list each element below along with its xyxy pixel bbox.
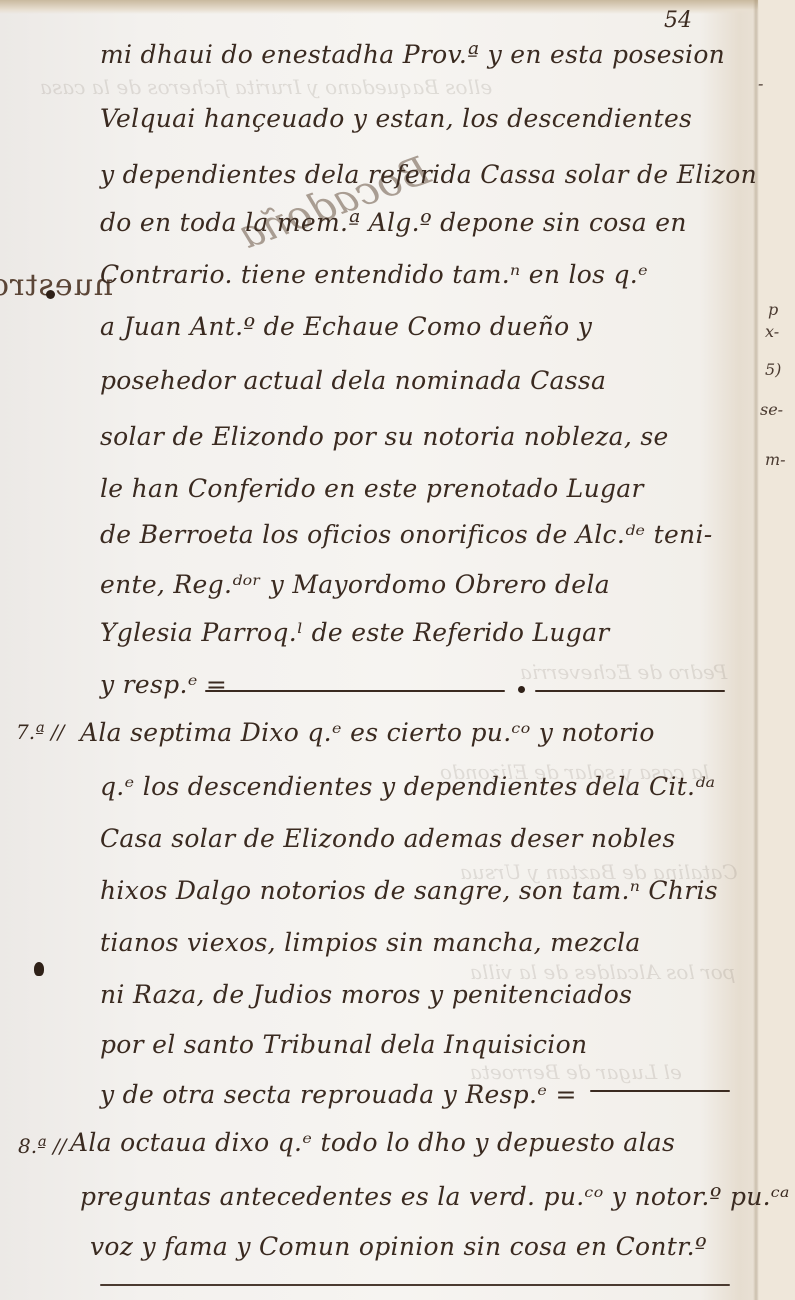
manuscript-line: y resp.ᵉ = xyxy=(100,670,227,699)
manuscript-line: ente, Reg.ᵈᵒʳ y Mayordomo Obrero dela xyxy=(100,570,610,599)
adjacent-page-strip xyxy=(758,0,795,1300)
right-margin-fragment: x- xyxy=(765,322,779,341)
manuscript-line: Yglesia Parroq.ˡ de este Referido Lugar xyxy=(100,618,610,647)
manuscript-line: Ala octaua dixo q.ᵉ todo lo dho y depues… xyxy=(70,1128,675,1157)
right-margin-fragment: p xyxy=(768,300,778,319)
manuscript-line: de Berroeta los oficios onorificos de Al… xyxy=(100,520,713,549)
manuscript-line: Ala septima Dixo q.ᵉ es cierto pu.ᶜᵒ y n… xyxy=(80,718,655,747)
closing-rule xyxy=(100,1284,730,1286)
ink-dot xyxy=(518,686,525,693)
folio-number: 54 xyxy=(664,8,692,33)
manuscript-line: hixos Dalgo notorios de sangre, son tam.… xyxy=(100,876,718,905)
manuscript-line: voz y fama y Comun opinion sin cosa en C… xyxy=(90,1232,707,1261)
manuscript-line: preguntas antecedentes es la verd. pu.ᶜᵒ… xyxy=(80,1182,790,1211)
line-filler-rule xyxy=(590,1090,730,1092)
manuscript-line: a Juan Ant.º de Echaue Como dueño y xyxy=(100,312,592,341)
manuscript-line: q.ᵉ los descendientes y dependientes del… xyxy=(100,772,715,801)
manuscript-line: posehedor actual dela nominada Cassa xyxy=(100,366,606,395)
manuscript-line: Velquai hançeuado y estan, los descendie… xyxy=(100,104,692,133)
bleed-through-text: ellos Baquedano y Irurita ficheros de la… xyxy=(40,75,492,99)
manuscript-page: ellos Baquedano y Irurita ficheros de la… xyxy=(0,0,795,1300)
stamp-bleed-through: nuestro xyxy=(0,268,113,303)
page-fold-line xyxy=(753,0,759,1300)
manuscript-line: por el santo Tribunal dela Inquisicion xyxy=(100,1030,587,1059)
right-margin-fragment: 5) xyxy=(765,360,781,379)
ink-blot xyxy=(34,962,44,976)
right-margin-fragment: m- xyxy=(765,450,786,469)
manuscript-line: tianos viexos, limpios sin mancha, mezcl… xyxy=(100,928,641,957)
manuscript-line: le han Conferido en este prenotado Lugar xyxy=(100,474,644,503)
manuscript-line: solar de Elizondo por su notoria nobleza… xyxy=(100,422,669,451)
margin-note-question-7: 7.ª // xyxy=(16,720,64,744)
right-margin-fragment: - xyxy=(758,74,763,93)
manuscript-line: ni Raza, de Judios moros y penitenciados xyxy=(100,980,632,1009)
manuscript-line: y de otra secta reprouada y Resp.ᵉ = xyxy=(100,1080,577,1109)
line-filler-rule xyxy=(205,690,505,692)
manuscript-line: Casa solar de Elizondo ademas deser nobl… xyxy=(100,824,676,853)
manuscript-line: mi dhaui do enestadha Prov.ª y en esta p… xyxy=(100,40,725,69)
right-margin-fragment: se- xyxy=(760,400,783,419)
margin-note-question-8: 8.ª // xyxy=(18,1134,66,1158)
manuscript-line: y dependientes dela referida Cassa solar… xyxy=(100,160,757,189)
ink-blot xyxy=(46,290,55,299)
bleed-through-text: Pedro de Echeverria xyxy=(520,660,727,684)
manuscript-line: Contrario. tiene entendido tam.ⁿ en los … xyxy=(100,260,648,289)
manuscript-line: do en toda la mem.ª Alg.º depone sin cos… xyxy=(100,208,687,237)
line-filler-rule xyxy=(535,690,725,692)
